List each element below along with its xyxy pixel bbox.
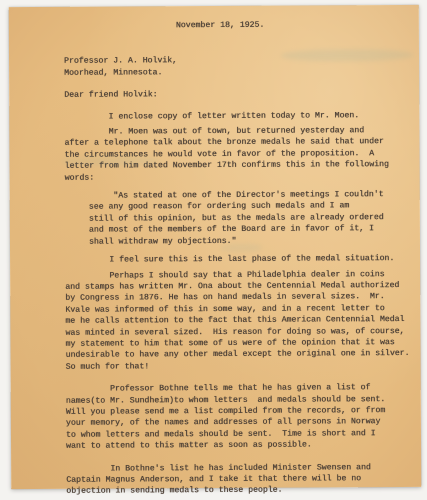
paragraph-swensen-anderson: In Bothne's list he has included Ministe… bbox=[66, 462, 411, 498]
letter-date: November 18, 1925. bbox=[176, 19, 409, 32]
paragraph-moen-returned: Mr. Moen was out of town, but returned y… bbox=[64, 125, 409, 184]
salutation: Dear friend Holvik: bbox=[64, 88, 409, 101]
paragraph-philadelphia-dealer: Perhaps I should say that a Philadelphia… bbox=[65, 268, 411, 372]
recipient-address: Professor J. A. Holvik, Moorhead, Minnes… bbox=[64, 54, 409, 79]
paragraph-last-phase: I feel sure this is the last phase of th… bbox=[65, 253, 410, 266]
letter-paper: November 18, 1925. Professor J. A. Holvi… bbox=[9, 5, 422, 489]
quoted-excerpt: "As stated at one of the Director's meet… bbox=[89, 189, 410, 248]
paragraph-bothne-list: Professor Bothne tells me that he has gi… bbox=[66, 382, 411, 452]
paragraph-enclosure: I enclose copy of letter written today t… bbox=[64, 110, 409, 123]
scanned-letter-scene: November 18, 1925. Professor J. A. Holvi… bbox=[0, 0, 427, 500]
